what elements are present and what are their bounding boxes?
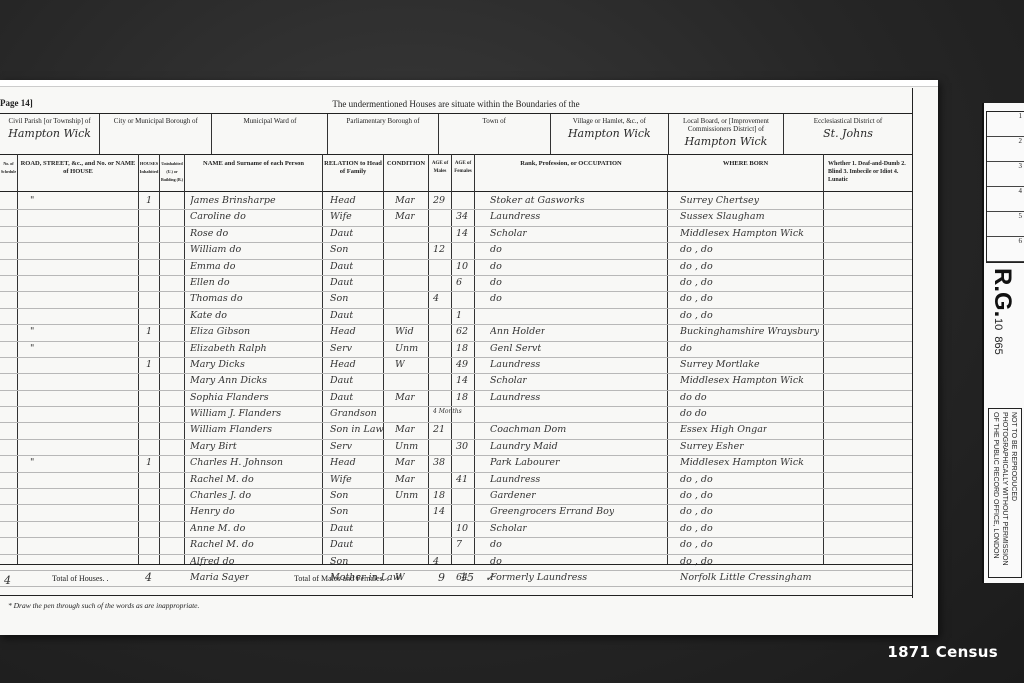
town-field: Town of [439,114,551,154]
row-age-female: 18 [456,392,468,403]
piece-folio: 10 865 [992,318,1004,355]
row-house: " [30,457,34,468]
row-age-female: 6 [456,277,462,288]
row-where-born: do do [680,408,707,419]
row-age-male: 14 [433,506,445,517]
row-occupation: Laundress [490,392,540,403]
row-occupation: Laundress [490,211,540,222]
census-form: Page 14] The undermentioned Houses are s… [0,88,913,598]
row-name: Ellen do [190,277,230,288]
row-name: Emma do [190,261,235,272]
row-relation: Son in Law [330,424,384,435]
row-where-born: do , do [680,293,713,304]
total-females: 15 [460,571,474,584]
table-row: Ellen doDaut6dodo , do [0,276,912,292]
table-row: Rachel M. doDaut7dodo , do [0,538,912,554]
row-age-female: 14 [456,375,468,386]
row-age-male: 12 [433,244,445,255]
row-relation: Daut [330,310,353,321]
row-where-born: do , do [680,506,713,517]
table-row: Mary BirtServUnm30Laundry MaidSurrey Esh… [0,440,912,456]
row-house: " [30,195,34,206]
ecclesiastical-district-field: Ecclesiastical District ofSt. Johns [784,114,912,154]
table-row: "1Charles H. JohnsonHeadMar38Park Labour… [0,456,912,472]
table-row: Mary Ann DicksDaut14ScholarMiddlesex Ham… [0,374,912,390]
row-relation: Wife [330,474,352,485]
row-where-born: Surrey Mortlake [680,359,760,370]
row-where-born: Middlesex Hampton Wick [680,375,804,386]
table-row: Sophia FlandersDautMar18Laundressdo do [0,391,912,407]
column-grid: No. of Schedule ROAD, STREET, &c., and N… [0,154,912,564]
row-where-born: do , do [680,474,713,485]
row-name: Sophia Flanders [190,392,269,403]
row-where-born: do , do [680,244,713,255]
row-where-born: do , do [680,277,713,288]
row-age-female: 7 [456,539,462,550]
row-occupation: Scholar [490,523,527,534]
row-condition: Unm [395,441,418,452]
row-where-born: Sussex Slaugham [680,211,765,222]
row-occupation: Park Labourer [490,457,560,468]
row-age-female: 30 [456,441,468,452]
total-persons-label: Total of Males and Females. . [294,574,389,583]
row-relation: Daut [330,375,353,386]
total-houses-label: Total of Houses. . [52,574,109,583]
row-name: William Flanders [190,424,272,435]
row-relation: Serv [330,441,352,452]
row-age-female: 1 [456,310,462,321]
row-where-born: Essex High Ongar [680,424,767,435]
row-age-male: 29 [433,195,445,206]
row-where-born: do , do [680,490,713,501]
civil-parish-field: Civil Parish [or Township] ofHampton Wic… [0,114,100,154]
total-check-mark: ✓ [485,571,494,584]
row-name: Thomas do [190,293,243,304]
row-age-female: 49 [456,359,468,370]
row-where-born: Middlesex Hampton Wick [680,228,804,239]
row-condition: Mar [395,474,415,485]
image-caption: 1871 Census [887,643,998,661]
row-where-born: do , do [680,523,713,534]
row-relation: Head [330,359,356,370]
row-age-male: 18 [433,490,445,501]
row-relation: Son [330,490,348,501]
total-schedules: 4 [4,574,11,587]
row-occupation: do [490,539,502,550]
table-row: William doSon12dodo , do [0,243,912,259]
row-condition: Unm [395,343,418,354]
row-occupation: do [490,293,502,304]
row-relation: Wife [330,211,352,222]
row-where-born: do [680,343,692,354]
census-sheet: Page 14] The undermentioned Houses are s… [0,80,938,635]
row-inhabited: 1 [146,326,152,337]
row-age-female: 41 [456,474,468,485]
row-name: Rachel M. do [190,474,254,485]
row-occupation: Ann Holder [490,326,545,337]
row-relation: Head [330,326,356,337]
local-board-field: Local Board, or [Improvement Commissione… [669,114,784,154]
totals-row: 4 Total of Houses. . 4 Total of Males an… [0,564,912,596]
row-relation: Daut [330,277,353,288]
row-age-male: 4 [433,293,439,304]
row-relation: Daut [330,523,353,534]
row-occupation: Genl Servt [490,343,541,354]
row-relation: Daut [330,261,353,272]
row-occupation: Scholar [490,228,527,239]
row-occupation: Laundress [490,474,540,485]
table-row: 1Mary DicksHeadW49LaundressSurrey Mortla… [0,358,912,374]
row-condition: Mar [395,195,415,206]
parliamentary-borough-field: Parliamentary Borough of [328,114,438,154]
row-relation: Daut [330,228,353,239]
row-name: William do [190,244,241,255]
row-condition: Wid [395,326,414,337]
row-occupation: do [490,244,502,255]
row-name: Anne M. do [190,523,245,534]
row-condition: Mar [395,211,415,222]
table-row: Thomas doSon4dodo , do [0,292,912,308]
row-relation: Daut [330,539,353,550]
row-relation: Son [330,244,348,255]
copyright-notice: NOT TO BE REPRODUCED PHOTOGRAPHICALLY WI… [988,408,1022,578]
row-name: Mary Ann Dicks [190,375,267,386]
row-age-female: 14 [456,228,468,239]
row-relation: Head [330,195,356,206]
row-where-born: Buckinghamshire Wraysbury [680,326,819,337]
row-relation: Serv [330,343,352,354]
row-age-male: 38 [433,457,445,468]
row-condition: Mar [395,424,415,435]
row-relation: Grandson [330,408,377,419]
row-occupation: Scholar [490,375,527,386]
municipal-borough-field: City or Municipal Borough of [100,114,212,154]
row-occupation: do [490,261,502,272]
row-relation: Son [330,293,348,304]
row-occupation: Laundress [490,359,540,370]
row-where-born: Surrey Chertsey [680,195,759,206]
table-row: William J. FlandersGrandson4 Monthsdo do [0,407,912,423]
row-age-male: 21 [433,424,445,435]
row-house: " [30,326,34,337]
sheet-top-edge [0,80,938,87]
row-name: James Brinsharpe [190,195,276,206]
footnote: * Draw the pen through such of the words… [8,601,199,610]
row-occupation: Greengrocers Errand Boy [490,506,614,517]
row-name: Mary Birt [190,441,237,452]
row-where-born: do , do [680,310,713,321]
boundaries-title: The undermentioned Houses are situate wi… [0,99,912,109]
total-houses-inhabited: 4 [145,571,152,584]
row-condition: Unm [395,490,418,501]
row-inhabited: 1 [146,359,152,370]
row-name: Caroline do [190,211,246,222]
row-where-born: Middlesex Hampton Wick [680,457,804,468]
table-row: Caroline doWifeMar34LaundressSussex Slau… [0,210,912,226]
row-relation: Son [330,506,348,517]
table-row: Henry doSon14Greengrocers Errand Boydo ,… [0,505,912,521]
table-row: Kate doDaut1do , do [0,309,912,325]
table-row: Rachel M. doWifeMar41Laundressdo , do [0,473,912,489]
row-inhabited: 1 [146,457,152,468]
row-inhabited: 1 [146,195,152,206]
table-row: "1James BrinsharpeHeadMar29Stoker at Gas… [0,194,912,210]
table-row: Charles J. doSonUnm18Gardenerdo , do [0,489,912,505]
row-name: Rachel M. do [190,539,254,550]
table-row: Anne M. doDaut10Scholardo , do [0,522,912,538]
row-age-female: 62 [456,326,468,337]
table-row: "Elizabeth RalphServUnm18Genl Servtdo [0,342,912,358]
row-house: " [30,343,34,354]
table-row: William FlandersSon in LawMar21Coachman … [0,423,912,439]
row-occupation: Stoker at Gasworks [490,195,585,206]
row-name: William J. Flanders [190,408,281,419]
row-name: Charles J. do [190,490,251,501]
row-age-female: 34 [456,211,468,222]
table-row: Rose doDaut14ScholarMiddlesex Hampton Wi… [0,227,912,243]
row-where-born: do do [680,392,707,403]
table-row: "1Eliza GibsonHeadWid62Ann HolderBucking… [0,325,912,341]
row-occupation: Coachman Dom [490,424,566,435]
row-age-female: 10 [456,261,468,272]
total-males: 9 [438,571,445,584]
row-condition: Mar [395,392,415,403]
row-name: Henry do [190,506,235,517]
row-relation: Daut [330,392,353,403]
row-where-born: Surrey Esher [680,441,744,452]
table-row: Emma doDaut10dodo , do [0,260,912,276]
row-condition: Mar [395,457,415,468]
row-where-born: do , do [680,261,713,272]
row-occupation: Gardener [490,490,536,501]
row-occupation: do [490,277,502,288]
row-relation: Head [330,457,356,468]
row-where-born: do , do [680,539,713,550]
row-age-female: 18 [456,343,468,354]
rg-reference: R.G. [988,268,1016,317]
boundaries-header: Civil Parish [or Township] ofHampton Wic… [0,113,912,155]
row-age-female: 10 [456,523,468,534]
row-name: Eliza Gibson [190,326,250,337]
ruler: 123 456 [986,111,1024,263]
census-rows: "1James BrinsharpeHeadMar29Stoker at Gas… [0,194,912,587]
record-office-strip: 123 456 R.G. 10 865 NOT TO BE REPRODUCED… [982,103,1024,583]
row-name: Mary Dicks [190,359,245,370]
row-condition: W [395,359,405,370]
row-name: Kate do [190,310,227,321]
village-field: Village or Hamlet, &c., ofHampton Wick [551,114,669,154]
row-name: Elizabeth Ralph [190,343,267,354]
municipal-ward-field: Municipal Ward of [212,114,328,154]
row-name: Charles H. Johnson [190,457,283,468]
row-name: Rose do [190,228,228,239]
row-age-male: 4 Months [433,408,462,415]
row-occupation: Laundry Maid [490,441,558,452]
